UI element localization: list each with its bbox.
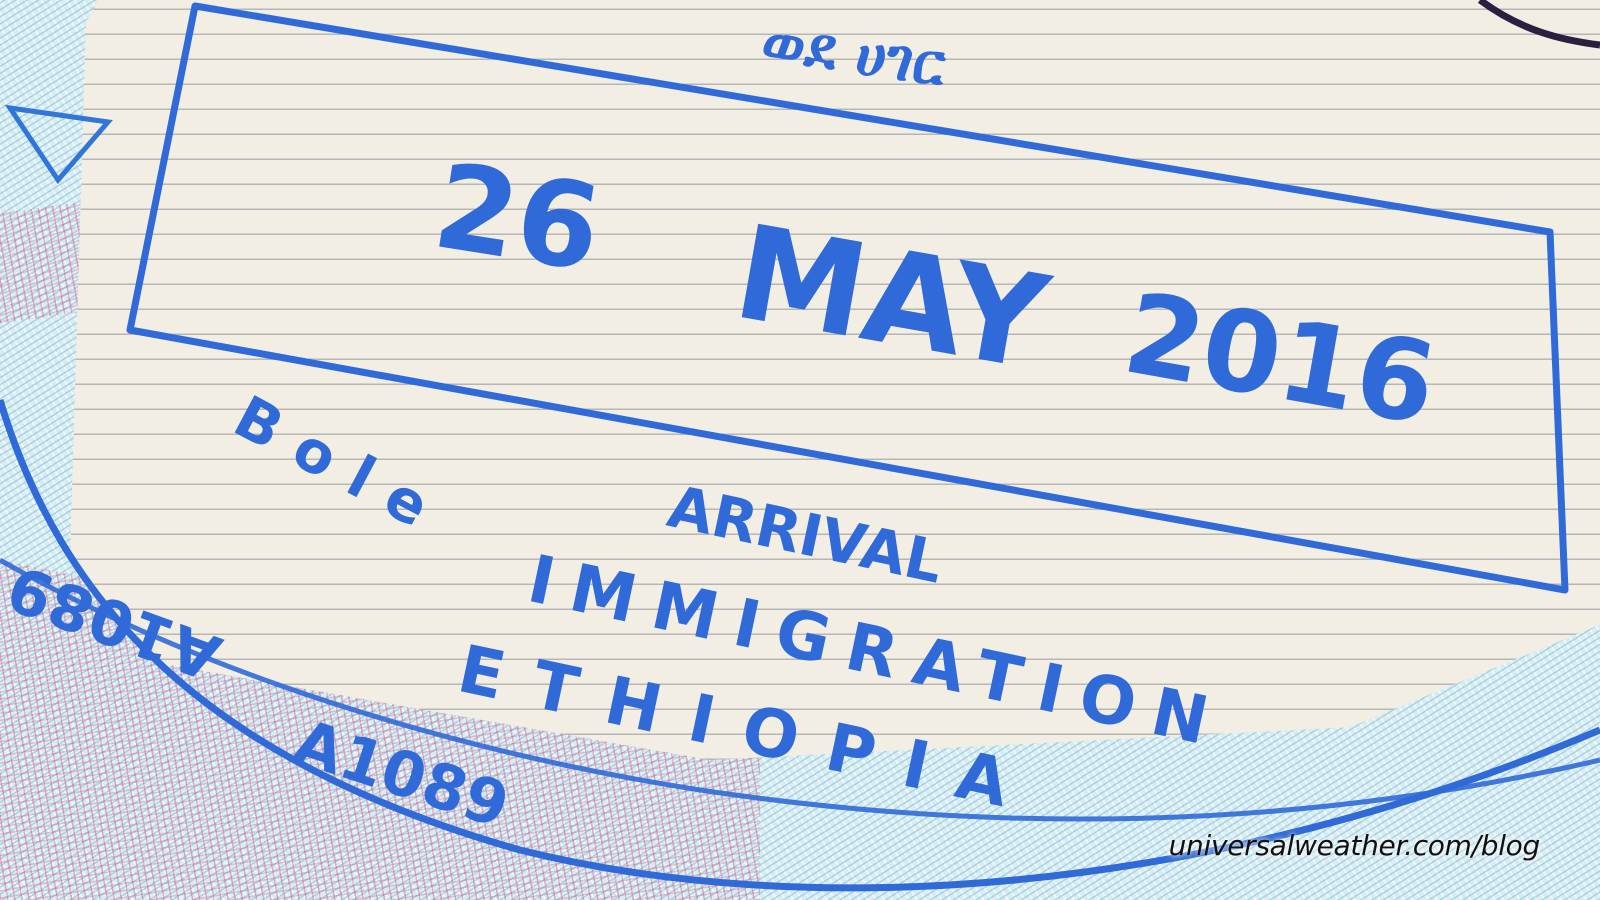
- stamp-circle-edge: [1480, 0, 1600, 45]
- triangle-mark-icon: [10, 108, 108, 180]
- amharic-text: ወደ ሀገር: [758, 7, 950, 100]
- date-year: 2016: [1115, 269, 1445, 451]
- passport-photo: ወደ ሀገር 26 MAY 2016 ARRIVAL Bole IMMIGRAT…: [0, 0, 1600, 900]
- date-month: MAY: [725, 196, 1060, 400]
- watermark: universalweather.com/blog: [1169, 829, 1540, 862]
- stamp-ink-layer: ወደ ሀገር 26 MAY 2016 ARRIVAL Bole IMMIGRAT…: [0, 0, 1600, 900]
- location-code: Bole: [223, 382, 459, 551]
- date-day: 26: [426, 136, 610, 298]
- background-code: A1089: [0, 550, 230, 694]
